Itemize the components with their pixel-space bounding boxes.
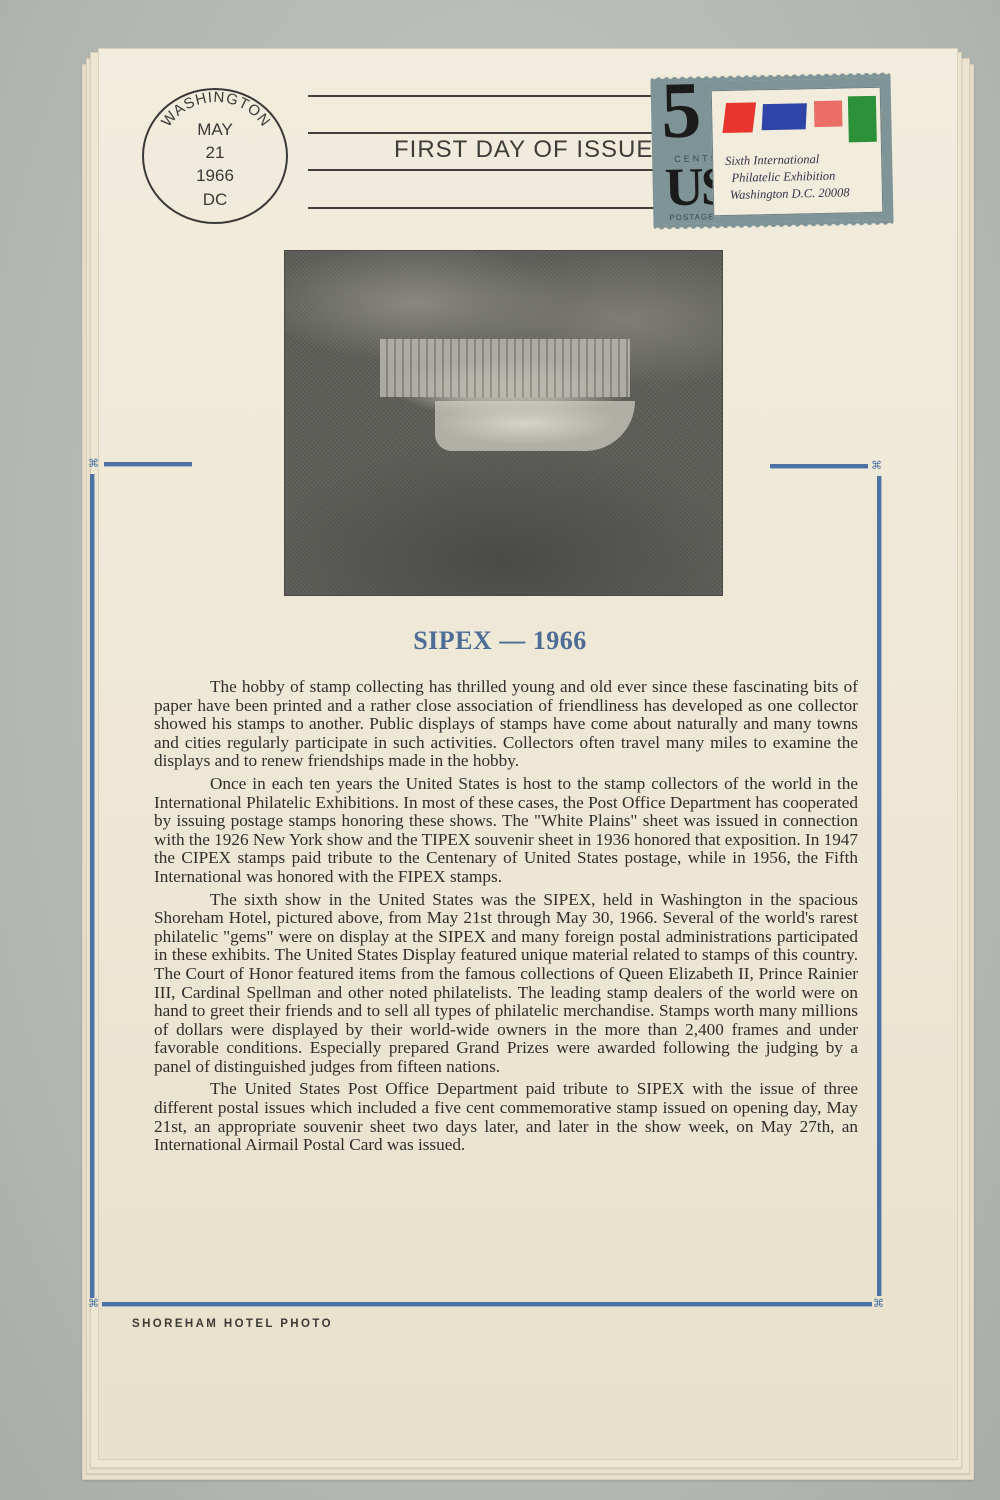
photo-credit: SHOREHAM HOTEL PHOTO	[132, 1318, 333, 1330]
frame-top-right-rule	[770, 464, 868, 469]
article-body: The hobby of stamp collecting has thrill…	[154, 678, 858, 1159]
stamp-flag-red	[723, 102, 757, 133]
frame-corner-ornament-icon: ⌘	[873, 1299, 883, 1309]
stamp-denomination: 5	[660, 70, 702, 151]
stamp-design-panel: Sixth International Philatelic Exhibitio…	[711, 87, 884, 217]
postage-stamp: 5 CENTS US POSTAGE Sixth International P…	[650, 73, 893, 230]
paragraph: Once in each ten years the United States…	[154, 775, 858, 887]
postmark: WASHINGTON MAY 21 1966 DC	[142, 88, 288, 224]
postmark-month: MAY	[144, 120, 286, 140]
postmark-state: DC	[144, 190, 286, 210]
stamp-inscription: Sixth International Philatelic Exhibitio…	[725, 150, 876, 204]
paragraph: The hobby of stamp collecting has thrill…	[154, 678, 858, 771]
cancellation-line	[308, 169, 658, 171]
paragraph: The sixth show in the United States was …	[154, 891, 858, 1077]
first-day-of-issue-label: FIRST DAY OF ISSUE	[394, 136, 653, 164]
frame-corner-ornament-icon: ⌘	[88, 459, 98, 469]
frame-corner-ornament-icon: ⌘	[88, 1299, 98, 1309]
frame-bottom-rule	[102, 1302, 872, 1307]
photo-hotel-plaza	[435, 401, 635, 451]
cancellation-line	[308, 132, 658, 134]
frame-right-rule	[877, 476, 882, 1296]
aerial-hotel-photo	[284, 250, 723, 596]
stamp-inscription-line: Washington D.C. 20008	[726, 184, 876, 204]
stamp-flag-pink	[814, 101, 843, 128]
photo-hotel-building	[380, 339, 630, 397]
stamp-postage-label: POSTAGE	[669, 212, 714, 222]
stamp-flag-blue	[762, 103, 807, 130]
postmark-year: 1966	[144, 166, 286, 186]
paragraph: The United States Post Office Department…	[154, 1080, 858, 1154]
cancellation-line	[308, 95, 658, 97]
postmark-day: 21	[144, 143, 286, 163]
frame-corner-ornament-icon: ⌘	[871, 461, 881, 471]
cancellation-line	[308, 207, 658, 209]
page-title: SIPEX — 1966	[0, 626, 1000, 656]
frame-left-rule	[90, 474, 95, 1298]
frame-top-left-rule	[104, 462, 192, 467]
stamp-flag-green	[848, 96, 877, 143]
